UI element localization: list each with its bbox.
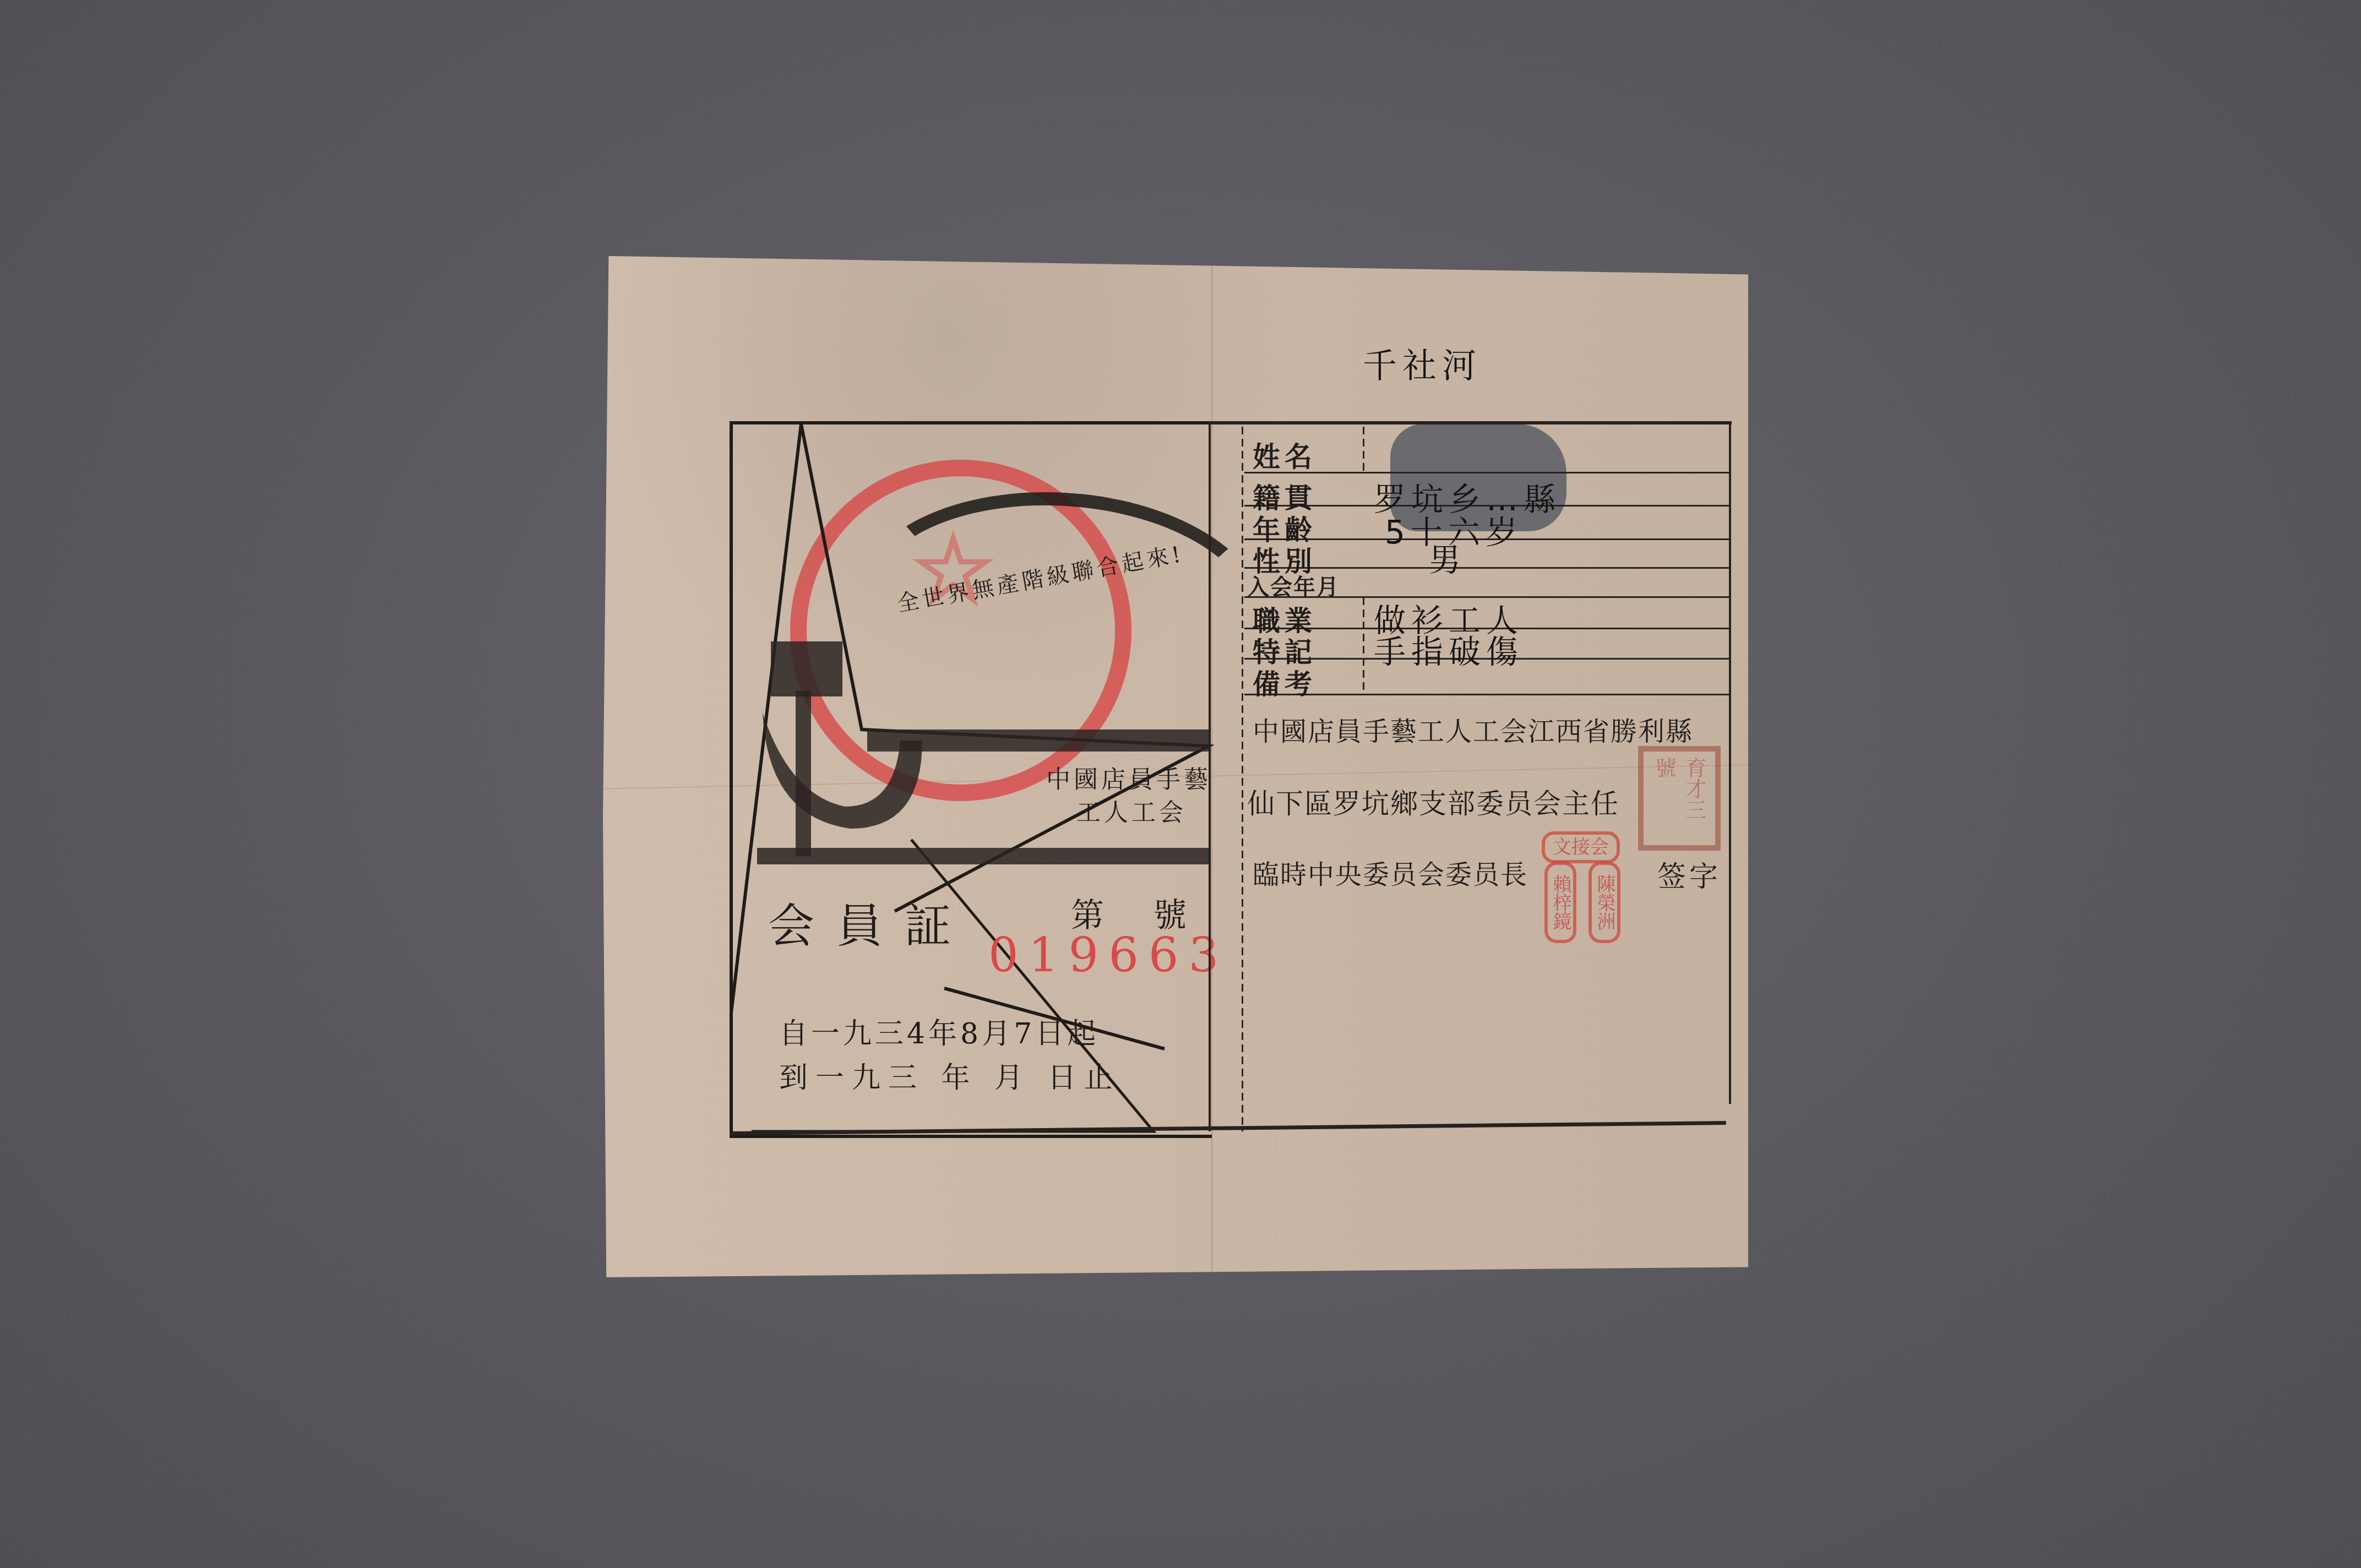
right-table-right: [1729, 421, 1731, 1104]
footer-line-3: 臨時中央委员会委员長: [1253, 853, 1528, 891]
handwritten-top-note: 千社河: [1363, 339, 1482, 388]
label-col-rule: [1363, 427, 1364, 473]
field-label-remarks: 備考: [1253, 662, 1316, 702]
seal-left: 賴梓鏡: [1544, 862, 1576, 943]
label-col-rule: [1363, 597, 1364, 694]
issuer-line-2: 工人工会: [1076, 793, 1187, 828]
footer-line-2: 仙下區罗坑鄉支部委员会主任: [1247, 782, 1619, 821]
field-label-name: 姓名: [1253, 435, 1316, 475]
field-label-join-date: 入会年月: [1247, 570, 1340, 601]
certificate-title: 会員証: [768, 889, 973, 956]
valid-to: 到一九三 年 月 日止: [779, 1054, 1120, 1096]
seal-top: 文接会: [1542, 831, 1620, 863]
panel-divider: [1209, 421, 1211, 1131]
side-stamp: 育才三號: [1638, 746, 1721, 851]
issuer-line-1: 中國店員手藝: [1046, 760, 1211, 795]
seal-right: 陳榮洲: [1588, 862, 1620, 943]
right-inner-rule: [1242, 427, 1243, 1131]
serial-number: 019663: [988, 928, 1228, 983]
row-rule: [1244, 694, 1729, 695]
signature-label: 签字: [1657, 853, 1721, 895]
row-rule: [1244, 567, 1729, 569]
certificate-paper: 千社河 ☆ 全世界無產階級聯合起來! 中國店員手藝 工人工会 会員証 第 號 0…: [603, 256, 1748, 1277]
field-value-sex: 男: [1429, 534, 1466, 580]
valid-from: 自一九三4年8月7日起: [779, 1010, 1099, 1052]
right-table-top: [1209, 421, 1732, 424]
field-value-special-marks: 手指破傷: [1374, 626, 1524, 672]
hammer-sickle-icon: [757, 630, 1209, 873]
footer-line-1: 中國店員手藝工人工会江西省勝利縣: [1253, 710, 1693, 748]
